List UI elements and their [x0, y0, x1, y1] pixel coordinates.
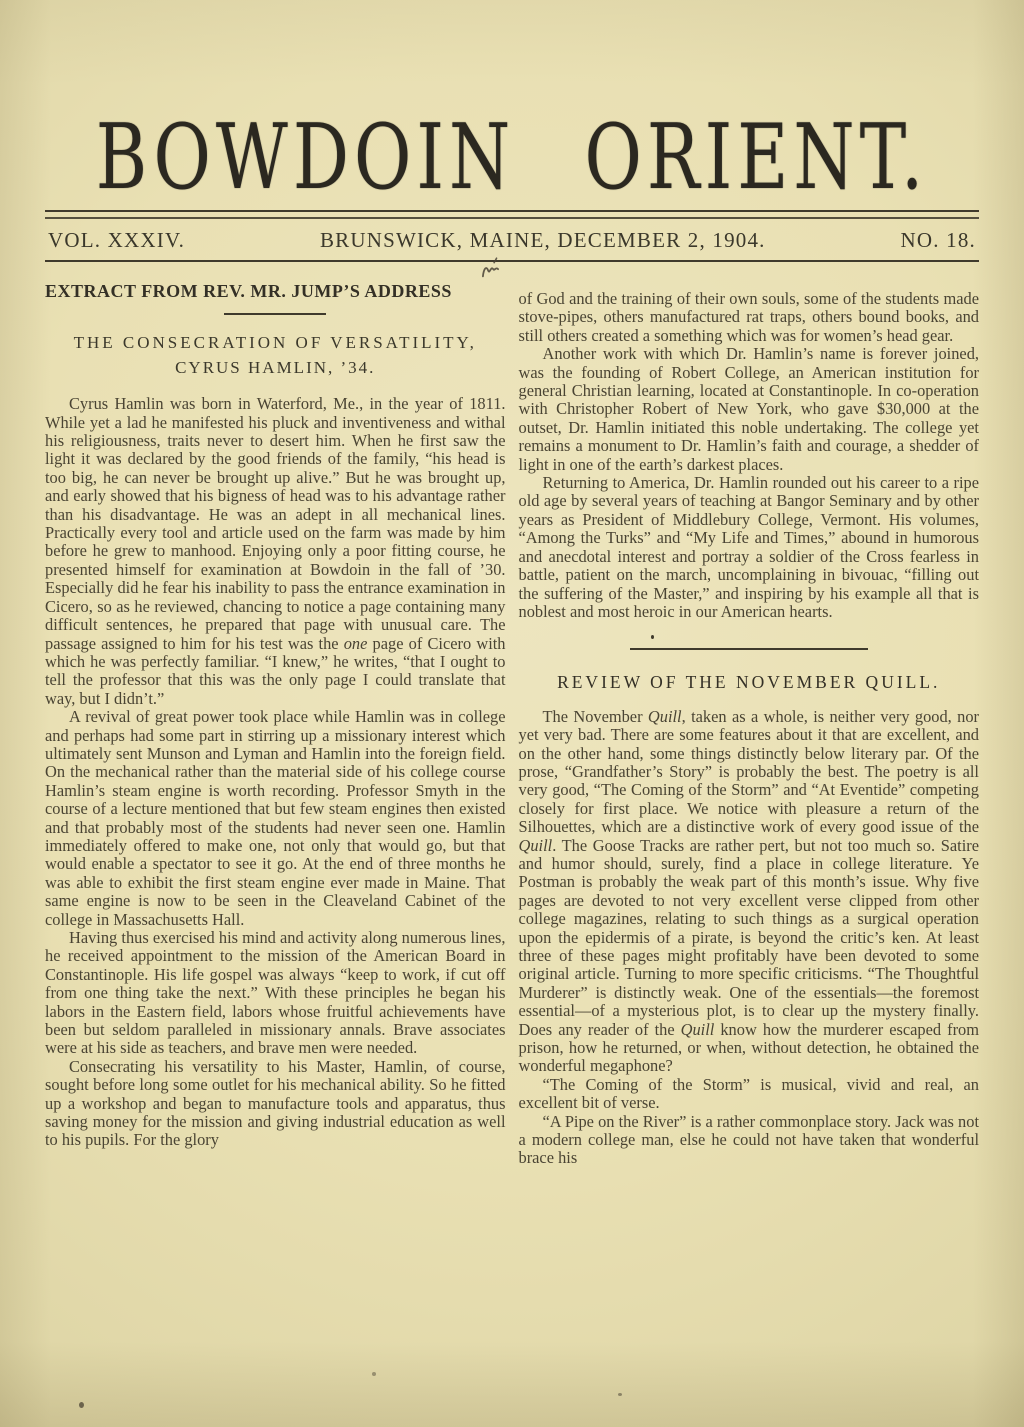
separator-dot — [651, 635, 654, 639]
dateline: VOL. XXXIV. BRUNSWICK, MAINE, DECEMBER 2… — [48, 228, 976, 253]
paragraph: The November Quill, taken as a whole, is… — [519, 708, 980, 1076]
paragraph: “The Coming of the Storm” is musical, vi… — [519, 1076, 980, 1113]
paragraph: Returning to America, Dr. Hamlin rounded… — [519, 474, 980, 621]
left-column: EXTRACT FROM REV. MR. JUMP’S ADDRESS THE… — [45, 282, 506, 1168]
ink-speck — [372, 1372, 376, 1376]
paragraph: of God and the training of their own sou… — [519, 290, 980, 345]
article-subheading-line-2: CYRUS HAMLIN, ’34. — [45, 359, 506, 377]
article-heading-rule — [224, 313, 326, 315]
article-body-left: Cyrus Hamlin was born in Waterford, Me.,… — [45, 395, 506, 1150]
paragraph: “A Pipe on the River” is a rather common… — [519, 1113, 980, 1168]
paragraph: Another work with which Dr. Hamlin’s nam… — [519, 345, 980, 474]
article-body-continuation: of God and the training of their own sou… — [519, 282, 980, 621]
paragraph: A revival of great power took place whil… — [45, 708, 506, 929]
article-heading: EXTRACT FROM REV. MR. JUMP’S ADDRESS — [45, 282, 506, 300]
issue-number-label: NO. 18. — [901, 228, 976, 253]
ink-speck — [79, 1402, 84, 1408]
section-separator — [630, 648, 868, 650]
ink-speck — [618, 1393, 622, 1396]
right-column: of God and the training of their own sou… — [519, 282, 980, 1168]
masthead: BOWDOIN ORIENT. — [0, 0, 1024, 202]
paragraph: Cyrus Hamlin was born in Waterford, Me.,… — [45, 395, 506, 708]
text-columns: EXTRACT FROM REV. MR. JUMP’S ADDRESS THE… — [0, 262, 1024, 1168]
masthead-rule — [45, 210, 979, 219]
review-body: The November Quill, taken as a whole, is… — [519, 708, 980, 1168]
newspaper-page: BOWDOIN ORIENT. VOL. XXXIV. BRUNSWICK, M… — [0, 0, 1024, 1427]
place-date-label: BRUNSWICK, MAINE, DECEMBER 2, 1904. — [320, 228, 766, 253]
paragraph: Having thus exercised his mind and activ… — [45, 929, 506, 1058]
masthead-title: BOWDOIN ORIENT. — [96, 112, 928, 202]
ink-smudge — [477, 255, 506, 282]
volume-label: VOL. XXXIV. — [48, 228, 185, 253]
paragraph: Consecrating his versatility to his Mast… — [45, 1058, 506, 1150]
review-section-heading: REVIEW OF THE NOVEMBER QUILL. — [519, 673, 980, 691]
article-subheading-line-1: THE CONSECRATION OF VERSATILITY, — [45, 334, 506, 352]
